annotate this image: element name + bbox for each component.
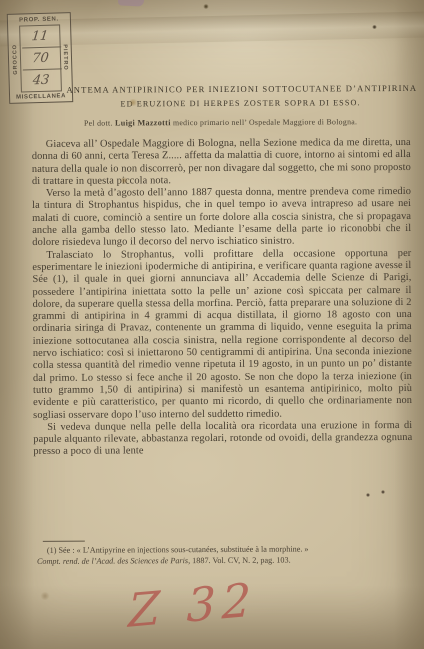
byline: Pel dott. Luigi Mazzotti medico primario…	[41, 117, 401, 128]
stamp-catalog-row: 70	[19, 46, 60, 69]
footnote: (1) Sée : « L’Antipyrine en injections s…	[37, 544, 413, 567]
stamp-frame: PROP. SEN. GROCCO 11 70 43 PIETRO MISCEL…	[9, 15, 70, 102]
paragraph: Si vedeva dunque nella pelle della local…	[33, 420, 412, 459]
stamp-right-label: PIETRO	[60, 23, 71, 92]
article-title: ANTEMA ANTIPIRINICO PER INIEZIONI SOTTOC…	[66, 83, 414, 109]
ink-speck	[203, 4, 209, 9]
ownership-stamp: PROP. SEN. GROCCO 11 70 43 PIETRO MISCEL…	[7, 12, 73, 104]
ink-speck	[381, 490, 385, 494]
footnote-journal: Compt. rend. de l’Acad. des Sciences de …	[37, 556, 190, 566]
ink-speck	[366, 493, 370, 497]
paragraph: Verso la metà d’agosto dell’anno 1887 qu…	[32, 186, 411, 249]
stamp-catalog-cells: 11 70 43	[19, 24, 62, 92]
paragraph: Tralasciato lo Strophantus, volli profit…	[32, 248, 412, 422]
byline-suffix: medico primario nell’ Ospedale Maggiore …	[171, 117, 358, 127]
ink-speck	[372, 25, 377, 29]
paragraph: Giaceva all’ Ospedale Maggiore di Bologn…	[32, 137, 411, 188]
footnote-divider	[43, 541, 85, 542]
stamp-left-label: GROCCO	[10, 24, 21, 93]
footnote-reference: 1887. Vol. CV, N. 2, pag. 103.	[190, 555, 291, 565]
article-title-line1: ANTEMA ANTIPIRINICO PER INIEZIONI SOTTOC…	[66, 83, 414, 95]
article-body: Giaceva all’ Ospedale Maggiore di Bologn…	[32, 137, 413, 459]
stamp-middle: GROCCO 11 70 43 PIETRO	[10, 23, 71, 94]
byline-prefix: Pel dott.	[84, 119, 115, 128]
handwritten-red-number: Z 32	[128, 572, 258, 638]
paper-stain	[40, 592, 50, 600]
printed-text-block: ANTEMA ANTIPIRINICO PER INIEZIONI SOTTOC…	[0, 0, 424, 1]
scanned-document-page: PROP. SEN. GROCCO 11 70 43 PIETRO MISCEL…	[0, 0, 424, 649]
stamp-catalog-row: 11	[19, 25, 60, 47]
article-title-line2: ED ERUZIONE DI HERPES ZOSTER SOPRA DI ES…	[67, 98, 415, 109]
binding-fragment	[118, 0, 144, 7]
byline-author: Luigi Mazzotti	[115, 118, 171, 127]
stamp-catalog-row: 43	[20, 68, 61, 91]
